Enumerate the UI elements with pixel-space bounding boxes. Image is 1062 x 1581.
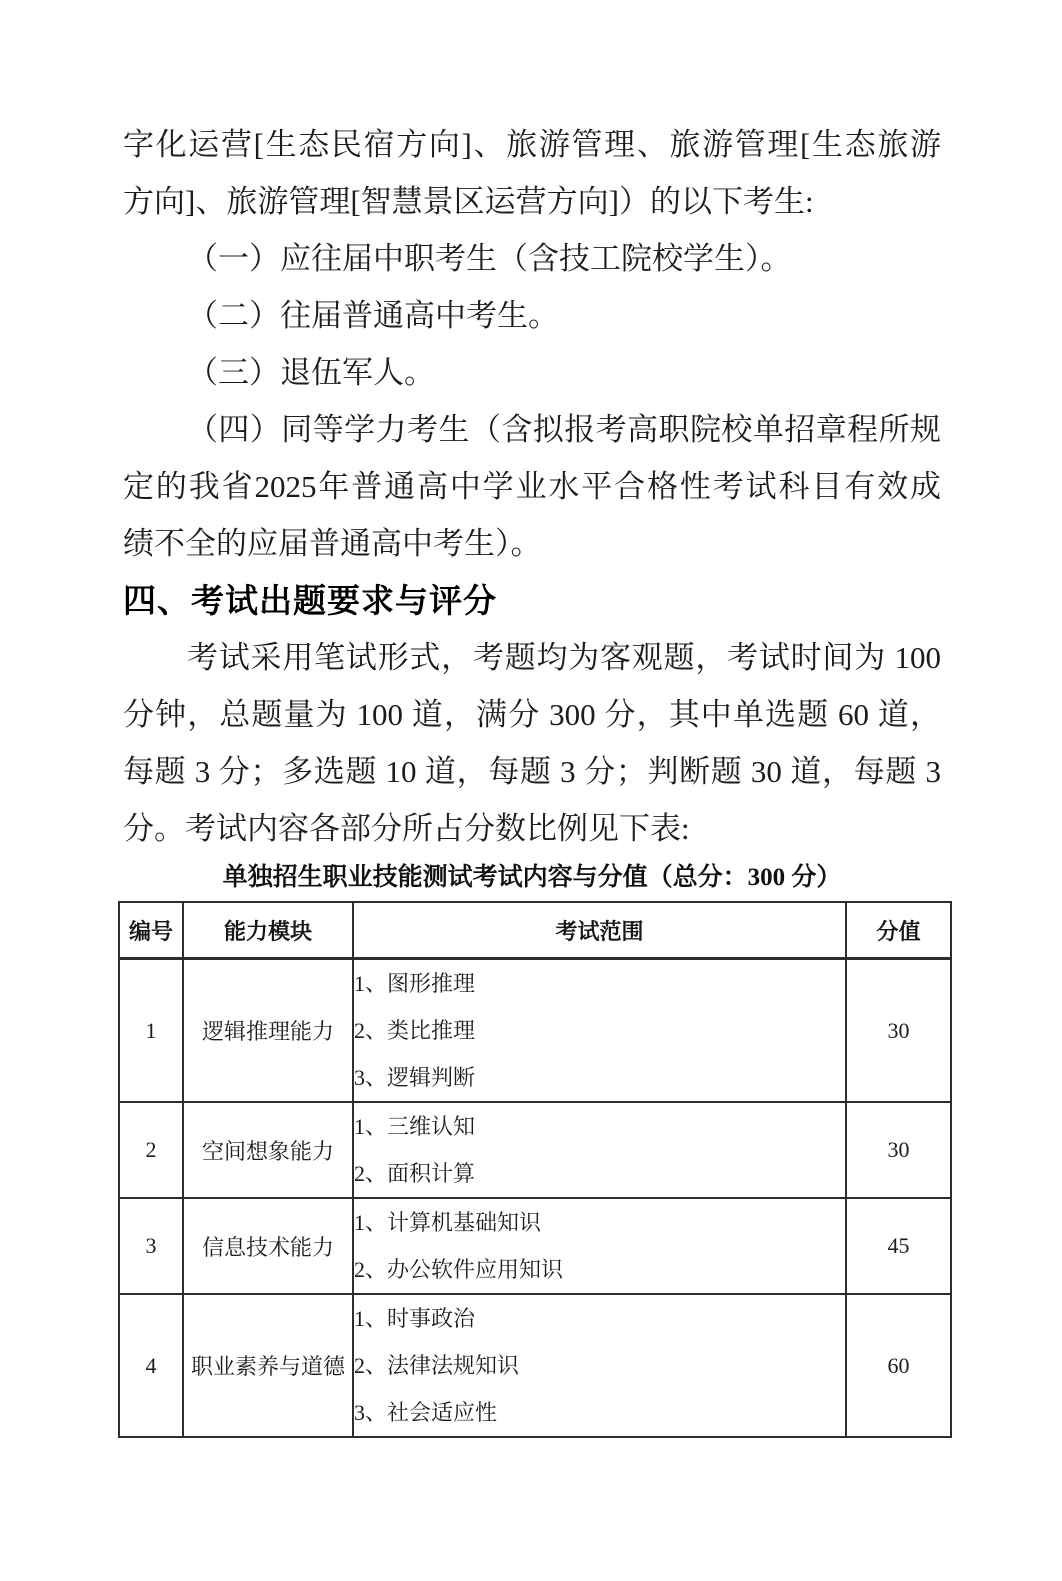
paragraph-line: 字化运营[生态民宿方向]、旅游管理、旅游管理[生态旅游 — [123, 116, 941, 173]
module-cell: 职业素养与道德 — [183, 1294, 353, 1437]
table-row: 3 信息技术能力 1、计算机基础知识 2、办公软件应用知识 45 — [119, 1198, 951, 1294]
row-number-cell: 3 — [119, 1198, 183, 1294]
table-header-row: 编号 能力模块 考试范围 分值 — [119, 902, 951, 959]
list-item-line: （四）同等学力考生（含拟报考高职院校单招章程所规 — [123, 401, 941, 458]
column-header-scope: 考试范围 — [353, 902, 846, 959]
module-cell: 空间想象能力 — [183, 1102, 353, 1198]
scope-cell: 1、三维认知 2、面积计算 — [353, 1102, 846, 1198]
list-item-line: （二）往届普通高中考生。 — [123, 287, 941, 344]
paragraph-line: 每题 3 分；多选题 10 道，每题 3 分；判断题 30 道，每题 3 — [123, 743, 941, 800]
score-cell: 30 — [846, 959, 951, 1103]
scope-item: 1、图形推理 — [354, 960, 845, 1007]
module-cell: 逻辑推理能力 — [183, 959, 353, 1103]
scope-item: 3、社会适应性 — [354, 1389, 845, 1436]
paragraph-line: 绩不全的应届普通高中考生）。 — [123, 515, 941, 572]
document-page: { "doc": { "lines": [ "字化运营[生态民宿方向]、旅游管理… — [0, 0, 1062, 1581]
exam-score-table: 编号 能力模块 考试范围 分值 1 逻辑推理能力 1、图形推理 2、类比推理 3… — [118, 901, 952, 1438]
section-heading: 四、考试出题要求与评分 — [123, 572, 941, 629]
score-cell: 45 — [846, 1198, 951, 1294]
scope-item: 1、计算机基础知识 — [354, 1199, 845, 1246]
table-title: 单独招生职业技能测试考试内容与分值（总分：300 分） — [123, 859, 941, 897]
column-header-score: 分值 — [846, 902, 951, 959]
scope-item: 2、类比推理 — [354, 1007, 845, 1054]
score-cell: 30 — [846, 1102, 951, 1198]
scope-item: 3、逻辑判断 — [354, 1054, 845, 1101]
scope-item: 2、面积计算 — [354, 1150, 845, 1197]
list-item-line: （三）退伍军人。 — [123, 344, 941, 401]
list-item-line: （一）应往届中职考生（含技工院校学生）。 — [123, 230, 941, 287]
scope-cell: 1、时事政治 2、法律法规知识 3、社会适应性 — [353, 1294, 846, 1437]
paragraph-line: 方向]、旅游管理[智慧景区运营方向]）的以下考生: — [123, 173, 941, 230]
row-number-cell: 1 — [119, 959, 183, 1103]
column-header-module: 能力模块 — [183, 902, 353, 959]
scope-cell: 1、计算机基础知识 2、办公软件应用知识 — [353, 1198, 846, 1294]
scope-item: 2、法律法规知识 — [354, 1342, 845, 1389]
paragraph-line: 分钟，总题量为 100 道，满分 300 分，其中单选题 60 道， — [123, 686, 941, 743]
paragraph-line: 考试采用笔试形式，考题均为客观题，考试时间为 100 — [123, 629, 941, 686]
table-row: 1 逻辑推理能力 1、图形推理 2、类比推理 3、逻辑判断 30 — [119, 959, 951, 1103]
table-row: 4 职业素养与道德 1、时事政治 2、法律法规知识 3、社会适应性 60 — [119, 1294, 951, 1437]
document-content: 字化运营[生态民宿方向]、旅游管理、旅游管理[生态旅游 方向]、旅游管理[智慧景… — [123, 116, 941, 1438]
module-cell: 信息技术能力 — [183, 1198, 353, 1294]
scope-item: 1、时事政治 — [354, 1295, 845, 1342]
paragraph-line: 定的我省2025年普通高中学业水平合格性考试科目有效成 — [123, 458, 941, 515]
column-header-number: 编号 — [119, 902, 183, 959]
table-row: 2 空间想象能力 1、三维认知 2、面积计算 30 — [119, 1102, 951, 1198]
scope-item: 2、办公软件应用知识 — [354, 1246, 845, 1293]
scope-item: 1、三维认知 — [354, 1103, 845, 1150]
row-number-cell: 4 — [119, 1294, 183, 1437]
row-number-cell: 2 — [119, 1102, 183, 1198]
score-cell: 60 — [846, 1294, 951, 1437]
paragraph-line: 分。考试内容各部分所占分数比例见下表: — [123, 800, 941, 857]
scope-cell: 1、图形推理 2、类比推理 3、逻辑判断 — [353, 959, 846, 1103]
